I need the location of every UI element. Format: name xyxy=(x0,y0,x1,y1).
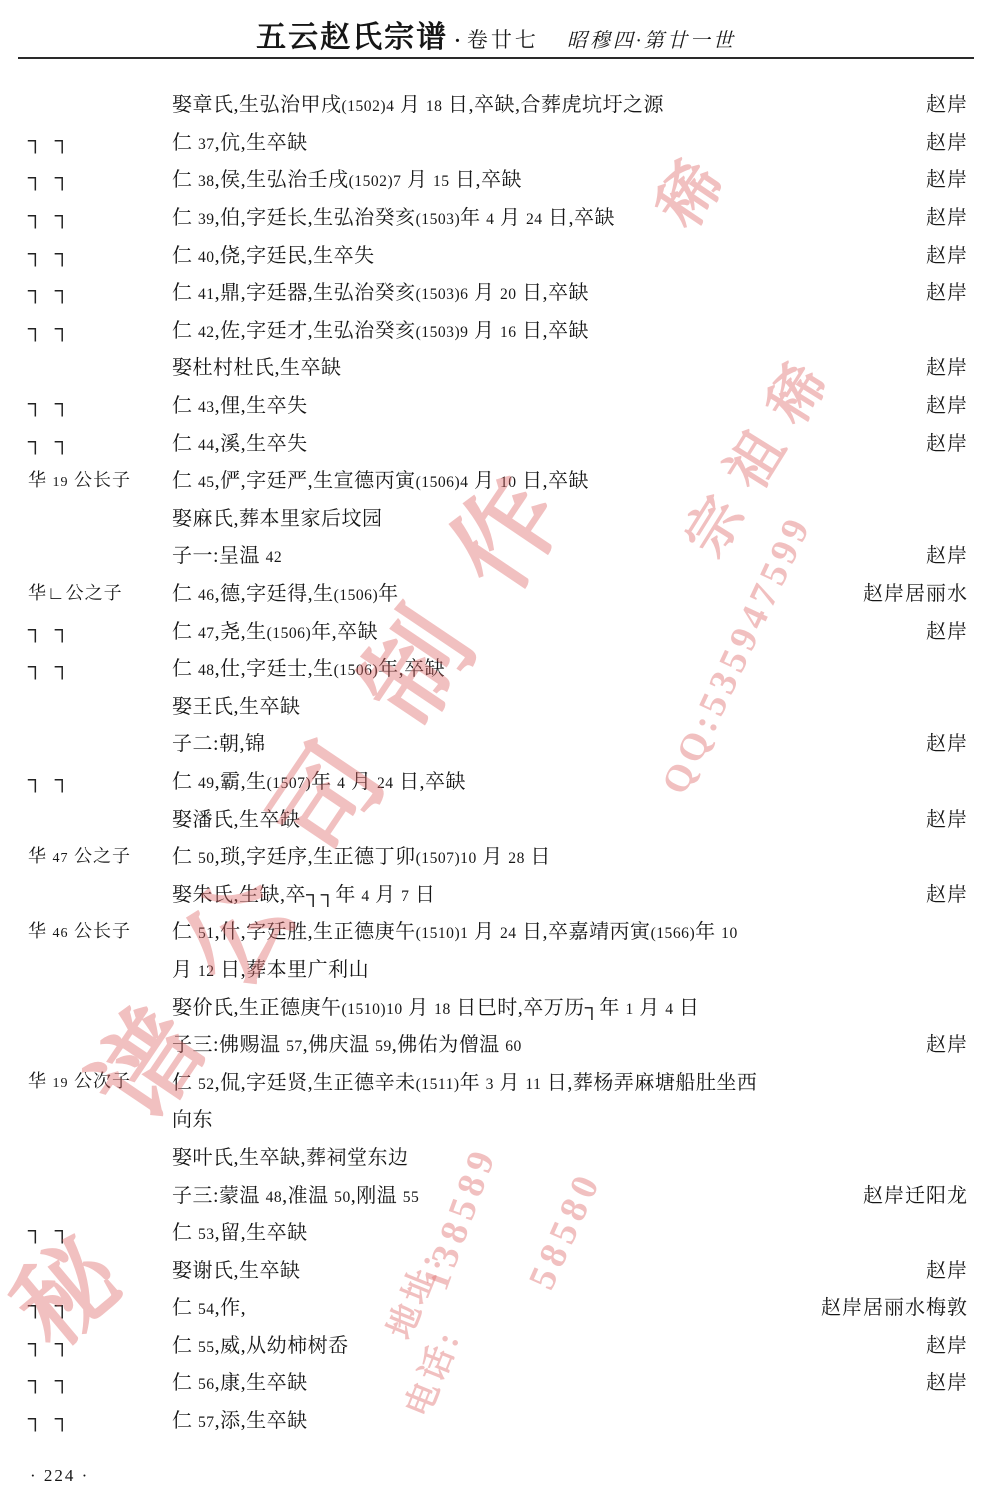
placeholder-marker: ┐┐ xyxy=(0,128,172,153)
branch-label: 赵岸 xyxy=(918,803,968,832)
placeholder-marker: ┐┐ xyxy=(0,203,172,228)
placeholder-marker: ┐┐ xyxy=(0,1406,172,1431)
genealogy-row: 娶章氏,生弘治甲戌(1502)4 月 18 日,卒缺,合葬虎坑圩之源赵岸 xyxy=(0,84,992,122)
lineage-label: 华 46 公长子 xyxy=(0,917,172,943)
placeholder-marker: ┐┐ xyxy=(0,617,172,642)
genealogy-row: 华 46 公长子仁 51,什,字廷胜,生正德庚午(1510)1 月 24 日,卒… xyxy=(0,911,992,949)
entry-text: 娶王氏,生卒缺 xyxy=(172,690,960,719)
page-number: · 224 · xyxy=(30,1466,89,1486)
page-header: 五云赵氏宗谱·卷廿七昭穆四·第廿一世 xyxy=(0,12,992,56)
genealogy-page: 五云赵氏宗谱·卷廿七昭穆四·第廿一世 娶章氏,生弘治甲戌(1502)4 月 18… xyxy=(0,0,992,1512)
genealogy-row: ┐┐仁 42,佐,字廷才,生弘治癸亥(1503)9 月 16 日,卒缺 xyxy=(0,310,992,348)
book-title: 五云赵氏宗谱 xyxy=(256,21,448,54)
entry-text: 娶朱氏,生缺,卒┐┐年 4 月 7 日 xyxy=(172,878,918,907)
branch-label: 赵岸 xyxy=(918,615,968,644)
genealogy-row: ┐┐仁 44,溪,生卒失赵岸 xyxy=(0,422,992,460)
entry-text: 娶杜村杜氏,生卒缺 xyxy=(172,351,918,380)
entry-text: 子三:佛赐温 57,佛庆温 59,佛佑为僧温 60 xyxy=(172,1028,918,1057)
entry-text: 仁 52,侃,字廷贤,生正德辛未(1511)年 3 月 11 日,葬杨弄麻塘船肚… xyxy=(172,1066,960,1095)
branch-label: 赵岸 xyxy=(918,1028,968,1057)
genealogy-row: ┐┐仁 41,鼎,字廷器,生弘治癸亥(1503)6 月 20 日,卒缺赵岸 xyxy=(0,272,992,310)
entry-text: 仁 39,伯,字廷长,生弘治癸亥(1503)年 4 月 24 日,卒缺 xyxy=(172,201,918,230)
entry-text: 仁 42,佐,字廷才,生弘治癸亥(1503)9 月 16 日,卒缺 xyxy=(172,314,960,343)
branch-label: 赵岸 xyxy=(918,727,968,756)
title-separator-dot: · xyxy=(454,30,461,52)
genealogy-row: ┐┐仁 37,伉,生卒缺赵岸 xyxy=(0,122,992,160)
genealogy-row: 娶王氏,生卒缺 xyxy=(0,686,992,724)
entry-text: 娶麻氏,葬本里家后坟园 xyxy=(172,502,960,531)
entry-text: 仁 41,鼎,字廷器,生弘治癸亥(1503)6 月 20 日,卒缺 xyxy=(172,276,918,305)
entry-text: 仁 49,霸,生(1507)年 4 月 24 日,卒缺 xyxy=(172,765,960,794)
branch-label: 赵岸 xyxy=(918,351,968,380)
entry-text: 娶叶氏,生卒缺,葬祠堂东边 xyxy=(172,1141,960,1170)
genealogy-row: ┐┐仁 57,添,生卒缺 xyxy=(0,1400,992,1438)
genealogy-row: ┐┐仁 49,霸,生(1507)年 4 月 24 日,卒缺 xyxy=(0,761,992,799)
genealogy-row: 子一:呈温 42赵岸 xyxy=(0,535,992,573)
lineage-label: 华∟公之子 xyxy=(0,579,172,605)
branch-label: 赵岸 xyxy=(918,239,968,268)
placeholder-marker: ┐┐ xyxy=(0,654,172,679)
genealogy-row: ┐┐仁 38,侯,生弘治壬戌(1502)7 月 15 日,卒缺赵岸 xyxy=(0,159,992,197)
placeholder-marker: ┐┐ xyxy=(0,165,172,190)
genealogy-row: 向东 xyxy=(0,1099,992,1137)
entry-text: 仁 38,侯,生弘治壬戌(1502)7 月 15 日,卒缺 xyxy=(172,163,918,192)
entry-text: 仁 51,什,字廷胜,生正德庚午(1510)1 月 24 日,卒嘉靖丙寅(156… xyxy=(172,915,960,944)
branch-label: 赵岸 xyxy=(918,201,968,230)
placeholder-marker: ┐┐ xyxy=(0,391,172,416)
genealogy-row: 月 12 日,葬本里广利山 xyxy=(0,949,992,987)
entry-text: 子二:朝,锦 xyxy=(172,727,918,756)
entry-text: 仁 56,康,生卒缺 xyxy=(172,1366,918,1395)
branch-label: 赵岸居丽水 xyxy=(855,577,968,606)
genealogy-row: ┐┐仁 54,作,赵岸居丽水梅敦 xyxy=(0,1287,992,1325)
header-rule xyxy=(18,57,974,59)
lineage-label: 华 19 公次子 xyxy=(0,1067,172,1093)
genealogy-row: 华 47 公之子仁 50,琐,字廷序,生正德丁卯(1507)10 月 28 日 xyxy=(0,836,992,874)
genealogy-row: 娶麻氏,葬本里家后坟园 xyxy=(0,498,992,536)
placeholder-marker: ┐┐ xyxy=(0,241,172,266)
genealogy-row: ┐┐仁 53,留,生卒缺 xyxy=(0,1212,992,1250)
genealogy-row: 华 19 公长子仁 45,俨,字廷严,生宣德丙寅(1506)4 月 10 日,卒… xyxy=(0,460,992,498)
branch-label: 赵岸 xyxy=(918,878,968,907)
entry-text: 仁 54,作, xyxy=(172,1291,813,1320)
branch-label: 赵岸 xyxy=(918,88,968,117)
entry-text: 仁 46,德,字廷得,生(1506)年 xyxy=(172,577,855,606)
entry-text: 仁 43,俚,生卒失 xyxy=(172,389,918,418)
branch-label: 赵岸 xyxy=(918,1366,968,1395)
entry-text: 子一:呈温 42 xyxy=(172,539,918,568)
branch-label: 赵岸 xyxy=(918,389,968,418)
entry-text: 娶章氏,生弘治甲戌(1502)4 月 18 日,卒缺,合葬虎坑圩之源 xyxy=(172,88,918,117)
entry-text: 娶谢氏,生卒缺 xyxy=(172,1254,918,1283)
genealogy-row: ┐┐仁 40,侥,字廷民,生卒失赵岸 xyxy=(0,234,992,272)
genealogy-row: ┐┐仁 48,仕,字廷士,生(1506)年,卒缺 xyxy=(0,648,992,686)
genealogy-row: 娶潘氏,生卒缺赵岸 xyxy=(0,798,992,836)
entry-text: 仁 50,琐,字廷序,生正德丁卯(1507)10 月 28 日 xyxy=(172,840,960,869)
placeholder-marker: ┐┐ xyxy=(0,1218,172,1243)
placeholder-marker: ┐┐ xyxy=(0,1331,172,1356)
lineage-label: 华 19 公长子 xyxy=(0,466,172,492)
placeholder-marker: ┐┐ xyxy=(0,429,172,454)
entry-text: 子三:蒙温 48,准温 50,刚温 55 xyxy=(172,1179,855,1208)
entry-text: 仁 47,尧,生(1506)年,卒缺 xyxy=(172,615,918,644)
genealogy-row: 子三:佛赐温 57,佛庆温 59,佛佑为僧温 60赵岸 xyxy=(0,1024,992,1062)
branch-label: 赵岸 xyxy=(918,126,968,155)
branch-label: 赵岸 xyxy=(918,1254,968,1283)
genealogy-row: 娶谢氏,生卒缺赵岸 xyxy=(0,1249,992,1287)
placeholder-marker: ┐┐ xyxy=(0,1368,172,1393)
genealogy-row: 娶叶氏,生卒缺,葬祠堂东边 xyxy=(0,1137,992,1175)
placeholder-marker: ┐┐ xyxy=(0,278,172,303)
entry-text: 向东 xyxy=(172,1103,960,1132)
genealogy-row: 娶价氏,生正德庚午(1510)10 月 18 日巳时,卒万历┐年 1 月 4 日 xyxy=(0,986,992,1024)
entry-text: 仁 53,留,生卒缺 xyxy=(172,1216,960,1245)
placeholder-marker: ┐┐ xyxy=(0,1293,172,1318)
entry-text: 娶潘氏,生卒缺 xyxy=(172,803,918,832)
entry-text: 娶价氏,生正德庚午(1510)10 月 18 日巳时,卒万历┐年 1 月 4 日 xyxy=(172,991,960,1020)
placeholder-marker: ┐┐ xyxy=(0,316,172,341)
entry-text: 仁 37,伉,生卒缺 xyxy=(172,126,918,155)
genealogy-row: ┐┐仁 39,伯,字廷长,生弘治癸亥(1503)年 4 月 24 日,卒缺赵岸 xyxy=(0,197,992,235)
branch-label: 赵岸迁阳龙 xyxy=(855,1179,968,1208)
genealogy-row: 娶杜村杜氏,生卒缺赵岸 xyxy=(0,347,992,385)
entry-text: 仁 44,溪,生卒失 xyxy=(172,427,918,456)
volume-label: 卷廿七 xyxy=(467,28,539,52)
genealogy-row: 华 19 公次子仁 52,侃,字廷贤,生正德辛未(1511)年 3 月 11 日… xyxy=(0,1061,992,1099)
genealogy-row: 子二:朝,锦赵岸 xyxy=(0,723,992,761)
genealogy-row: ┐┐仁 55,威,从幼柿树岙赵岸 xyxy=(0,1325,992,1363)
branch-label: 赵岸 xyxy=(918,276,968,305)
entry-text: 仁 57,添,生卒缺 xyxy=(172,1404,960,1433)
entry-text: 月 12 日,葬本里广利山 xyxy=(172,953,960,982)
entry-text: 仁 40,侥,字廷民,生卒失 xyxy=(172,239,918,268)
genealogy-row: 华∟公之子仁 46,德,字廷得,生(1506)年赵岸居丽水 xyxy=(0,573,992,611)
genealogy-row: 子三:蒙温 48,准温 50,刚温 55赵岸迁阳龙 xyxy=(0,1174,992,1212)
lineage-label: 华 47 公之子 xyxy=(0,842,172,868)
genealogy-rows: 娶章氏,生弘治甲戌(1502)4 月 18 日,卒缺,合葬虎坑圩之源赵岸┐┐仁 … xyxy=(0,84,992,1437)
branch-label: 赵岸 xyxy=(918,427,968,456)
genealogy-row: ┐┐仁 43,俚,生卒失赵岸 xyxy=(0,385,992,423)
entry-text: 仁 48,仕,字廷士,生(1506)年,卒缺 xyxy=(172,652,960,681)
branch-label: 赵岸 xyxy=(918,163,968,192)
entry-text: 仁 55,威,从幼柿树岙 xyxy=(172,1329,918,1358)
branch-label: 赵岸居丽水梅敦 xyxy=(813,1291,968,1320)
genealogy-row: ┐┐仁 56,康,生卒缺赵岸 xyxy=(0,1362,992,1400)
entry-text: 仁 45,俨,字廷严,生宣德丙寅(1506)4 月 10 日,卒缺 xyxy=(172,464,960,493)
genealogy-row: 娶朱氏,生缺,卒┐┐年 4 月 7 日赵岸 xyxy=(0,873,992,911)
section-label: 昭穆四·第廿一世 xyxy=(567,30,736,52)
branch-label: 赵岸 xyxy=(918,539,968,568)
genealogy-row: ┐┐仁 47,尧,生(1506)年,卒缺赵岸 xyxy=(0,610,992,648)
branch-label: 赵岸 xyxy=(918,1329,968,1358)
placeholder-marker: ┐┐ xyxy=(0,767,172,792)
